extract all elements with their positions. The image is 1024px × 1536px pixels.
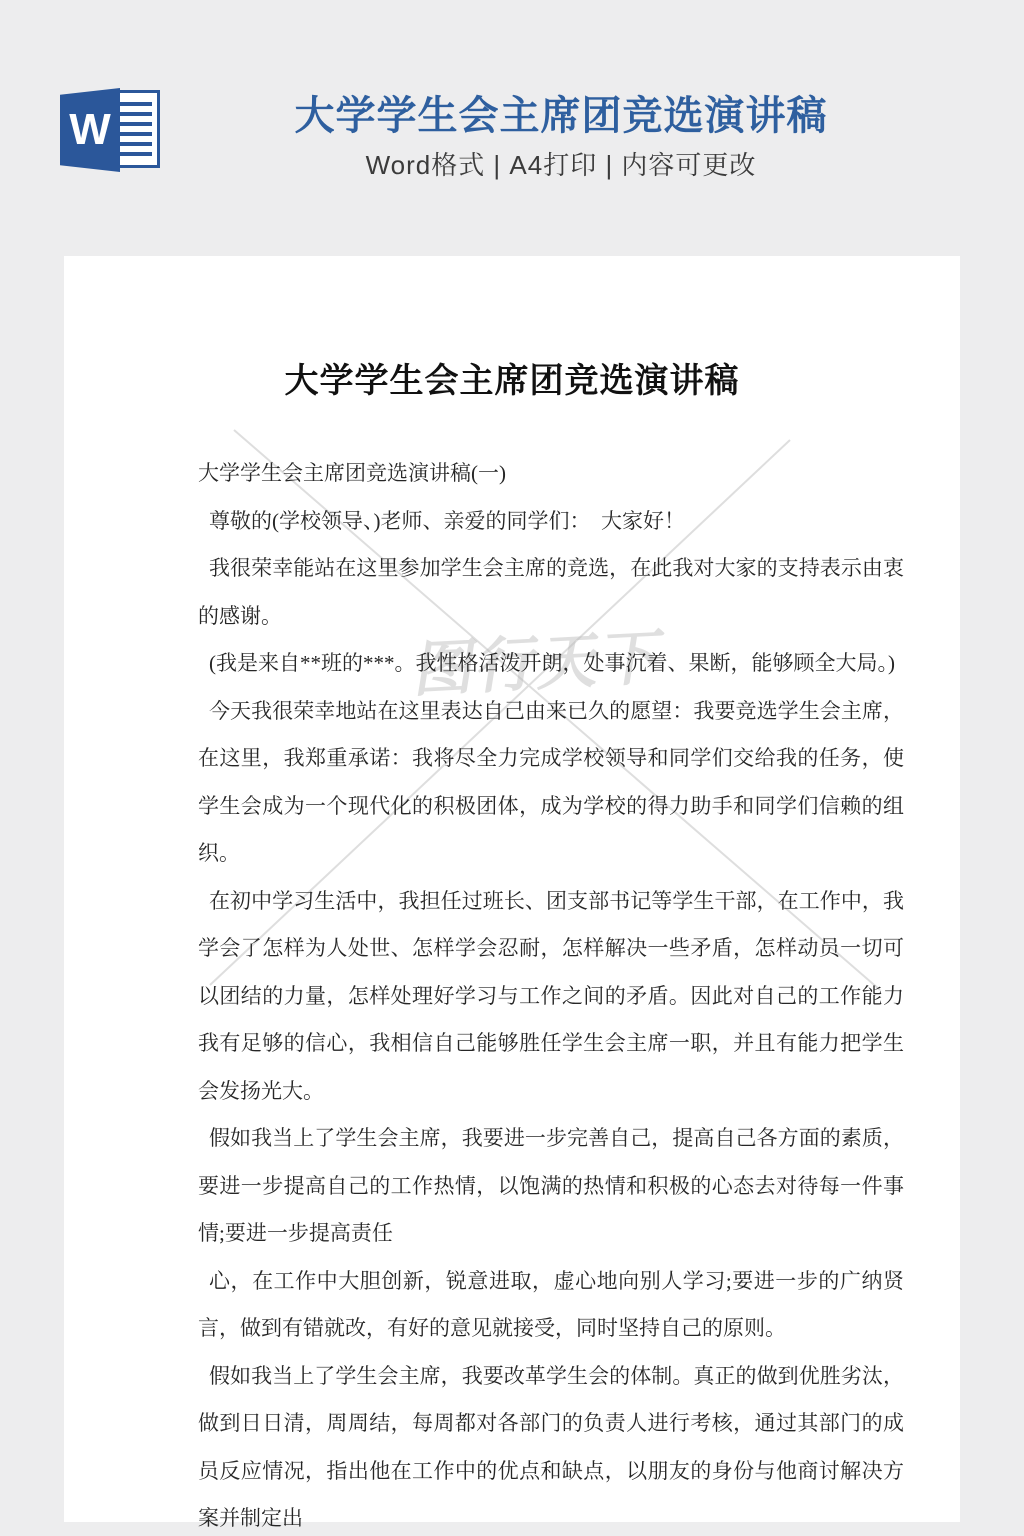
document-paragraphs: 大学学生会主席团竞选演讲稿(一)尊敬的(学校领导、)老师、亲爱的同学们： 大家好… bbox=[198, 450, 904, 1536]
paragraph: (我是来自**班的***。我性格活泼开朗，处事沉着、果断，能够顾全大局。) bbox=[198, 640, 904, 688]
paragraph: 在初中学习生活中，我担任过班长、团支部书记等学生干部，在工作中，我学会了怎样为人… bbox=[198, 878, 904, 1116]
page-title: 大学学生会主席团竞选演讲稿 bbox=[98, 92, 1024, 140]
page-background: W 大学学生会主席团竞选演讲稿 Word格式 | A4打印 | 内容可更改 图行… bbox=[0, 0, 1024, 1536]
paragraph: 尊敬的(学校领导、)老师、亲爱的同学们： 大家好！ bbox=[198, 498, 904, 546]
header-text: 大学学生会主席团竞选演讲稿 Word格式 | A4打印 | 内容可更改 bbox=[98, 92, 1024, 180]
page-subtitle: Word格式 | A4打印 | 内容可更改 bbox=[98, 150, 1024, 180]
paragraph: 心，在工作中大胆创新，锐意进取，虚心地向别人学习;要进一步的广纳贤言，做到有错就… bbox=[198, 1258, 904, 1353]
paragraph: 假如我当上了学生会主席，我要改革学生会的体制。真正的做到优胜劣汰，做到日日清，周… bbox=[198, 1353, 904, 1536]
document-title: 大学学生会主席团竞选演讲稿 bbox=[64, 360, 960, 404]
paragraph: 大学学生会主席团竞选演讲稿(一) bbox=[198, 450, 904, 498]
paragraph: 假如我当上了学生会主席，我要进一步完善自己，提高自己各方面的素质，要进一步提高自… bbox=[198, 1115, 904, 1258]
document-sheet: 图行天下 大学学生会主席团竞选演讲稿 大学学生会主席团竞选演讲稿(一)尊敬的(学… bbox=[64, 256, 960, 1522]
paragraph: 我很荣幸能站在这里参加学生会主席的竞选，在此我对大家的支持表示由衷的感谢。 bbox=[198, 545, 904, 640]
paragraph: 今天我很荣幸地站在这里表达自己由来已久的愿望：我要竞选学生会主席，在这里，我郑重… bbox=[198, 688, 904, 878]
